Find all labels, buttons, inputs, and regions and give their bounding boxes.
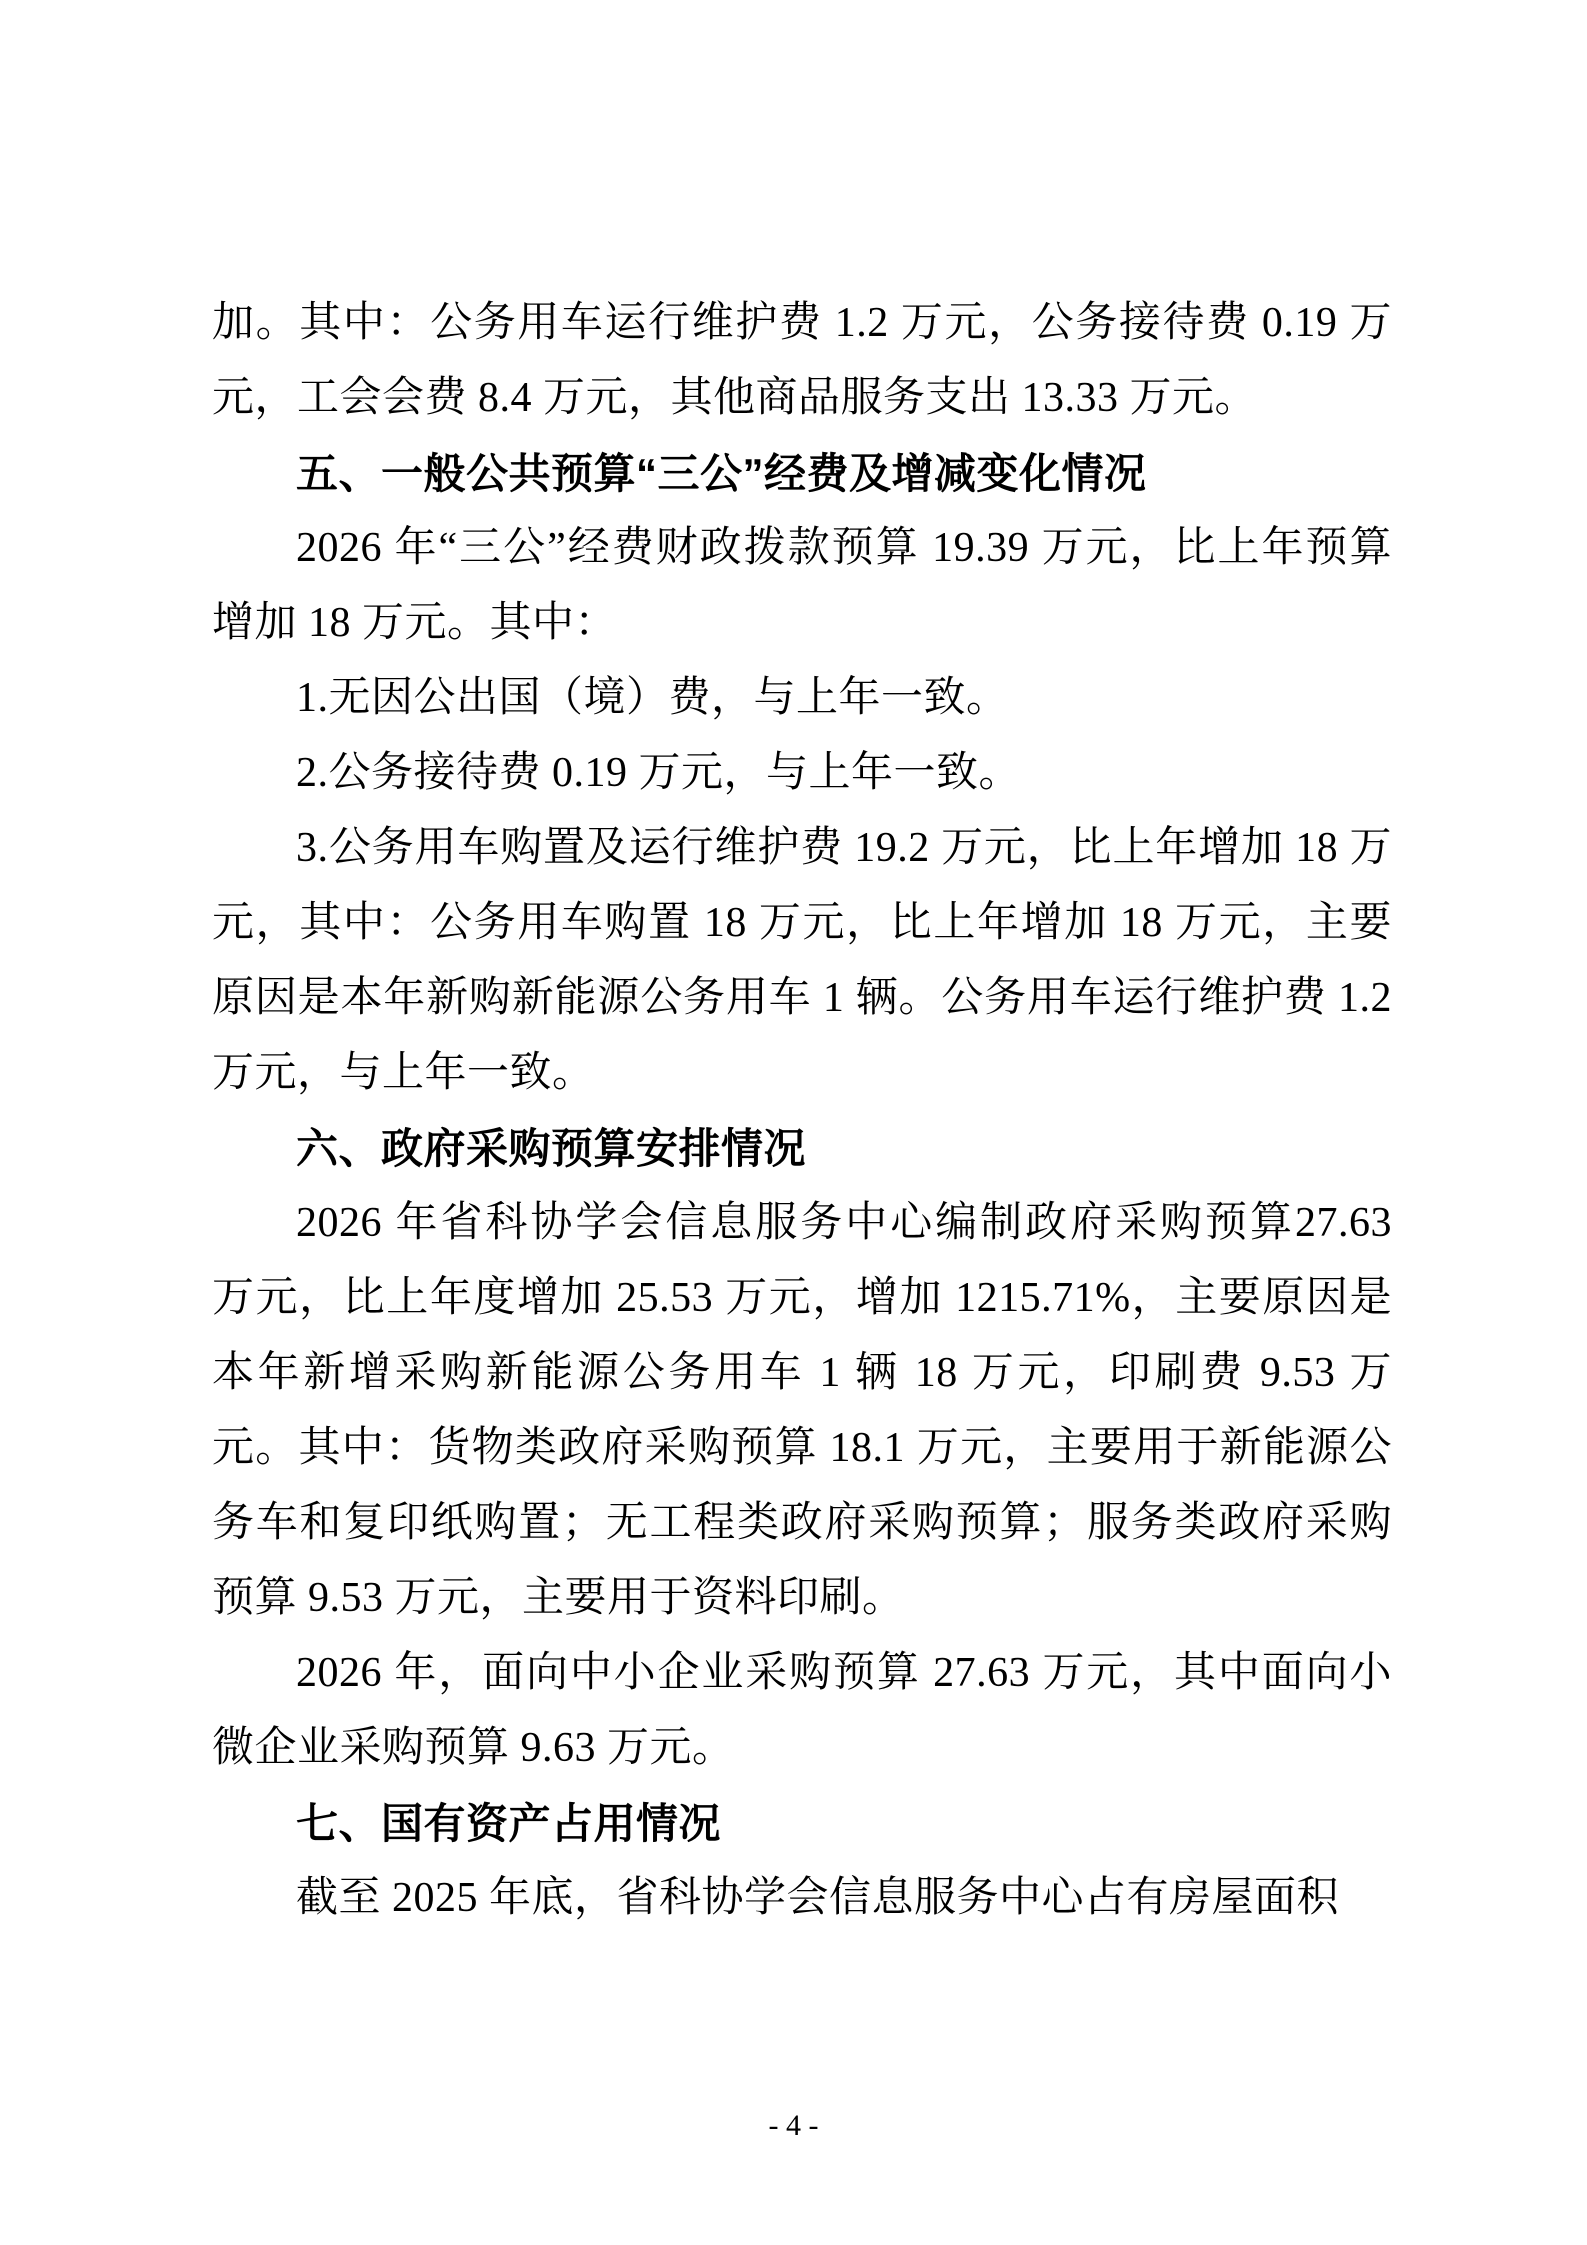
paragraph-three-public-budget-total: 2026 年“三公”经费财政拨款预算 19.39 万元，比上年预算增加 18 万… (212, 511, 1392, 661)
document-page: 加。其中：公务用车运行维护费 1.2 万元，公务接待费 0.19 万元，工会会费… (0, 0, 1587, 2245)
section-heading-6-government-procurement: 六、政府采购预算安排情况 (212, 1111, 1392, 1186)
paragraph-procurement-budget-detail: 2026 年省科协学会信息服务中心编制政府采购预算27.63 万元，比上年度增加… (212, 1186, 1392, 1636)
paragraph-sme-procurement: 2026 年，面向中小企业采购预算 27.63 万元，其中面向小微企业采购预算 … (212, 1636, 1392, 1786)
page-number: - 4 - (769, 2109, 819, 2142)
section-heading-5-three-public-funds: 五、一般公共预算“三公”经费及增减变化情况 (212, 436, 1392, 511)
page-footer: - 4 - (0, 2106, 1587, 2146)
document-body: 加。其中：公务用车运行维护费 1.2 万元，公务接待费 0.19 万元，工会会费… (212, 286, 1392, 1936)
section-heading-7-state-owned-assets: 七、国有资产占用情况 (212, 1786, 1392, 1861)
paragraph-item-2-official-reception: 2.公务接待费 0.19 万元，与上年一致。 (212, 736, 1392, 811)
paragraph-item-3-official-vehicles: 3.公务用车购置及运行维护费 19.2 万元，比上年增加 18 万元，其中：公务… (212, 811, 1392, 1111)
paragraph-continuation-other-expenses: 加。其中：公务用车运行维护费 1.2 万元，公务接待费 0.19 万元，工会会费… (212, 286, 1392, 436)
paragraph-item-1-overseas-travel: 1.无因公出国（境）费，与上年一致。 (212, 661, 1392, 736)
paragraph-state-assets-housing: 截至 2025 年底，省科协学会信息服务中心占有房屋面积 (212, 1861, 1392, 1936)
